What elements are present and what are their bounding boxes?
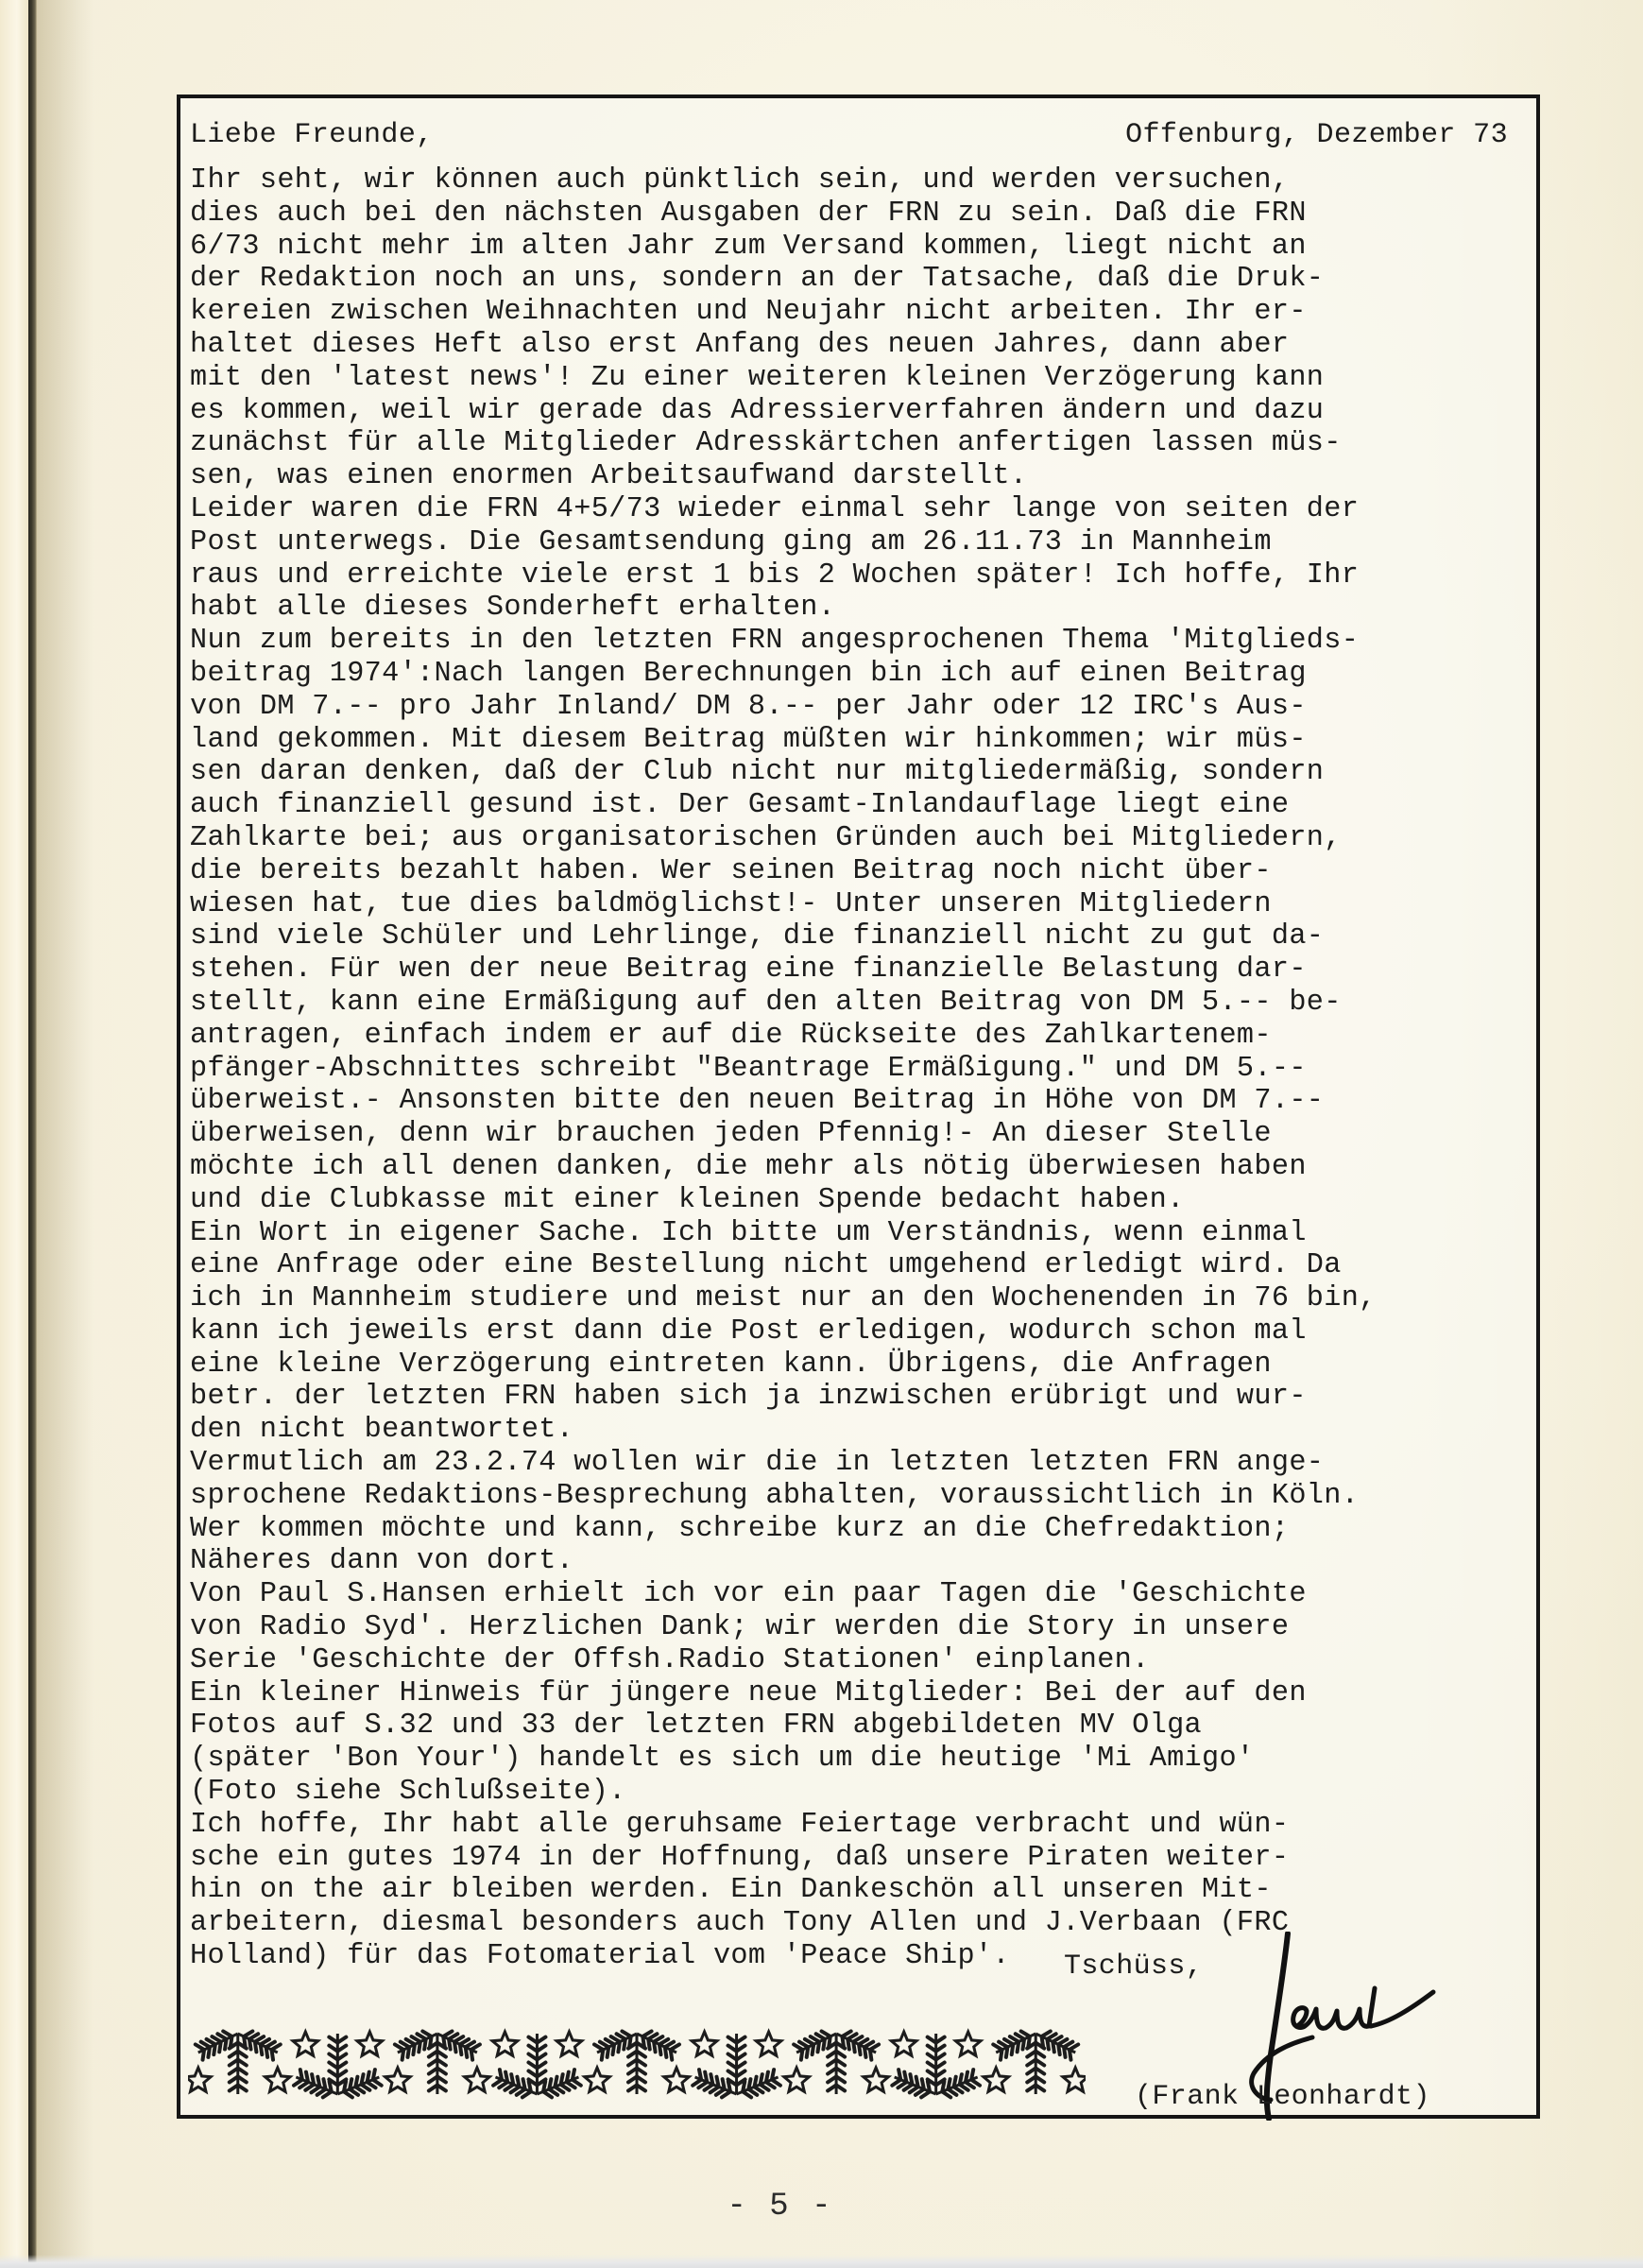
letter-line: Post unterwegs. Die Gesamtsendung ging a… — [190, 526, 1550, 559]
letter-line: antragen, einfach indem er auf die Rücks… — [190, 1020, 1550, 1053]
letter-line: dies auch bei den nächsten Ausgaben der … — [190, 198, 1550, 231]
letter-line: Ich hoffe, Ihr habt alle geruhsame Feier… — [190, 1809, 1550, 1842]
spine-shadow — [37, 0, 94, 2268]
letter-line: kereien zwischen Weihnachten und Neujahr… — [190, 296, 1550, 329]
binding-spine — [28, 0, 37, 2268]
letter-line: betr. der letzten FRN haben sich ja inzw… — [190, 1381, 1550, 1414]
letter-line: mit den 'latest news'! Zu einer weiteren… — [190, 362, 1550, 395]
letter-line: und die Clubkasse mit einer kleinen Spen… — [190, 1184, 1550, 1217]
letter-line: haltet dieses Heft also erst Anfang des … — [190, 329, 1550, 362]
letter-line: sprochene Redaktions-Besprechung abhalte… — [190, 1480, 1550, 1513]
letter-header: Liebe Freunde, Offenburg, Dezember 73 — [190, 119, 1508, 153]
letter-line: zunächst für alle Mitglieder Adresskärtc… — [190, 427, 1550, 460]
letter-line: überweist.- Ansonsten bitte den neuen Be… — [190, 1085, 1550, 1118]
letter-line: (Foto siehe Schlußseite). — [190, 1776, 1550, 1809]
letter-line: sche ein gutes 1974 in der Hoffnung, daß… — [190, 1842, 1550, 1875]
letter-line: Näheres dann von dort. — [190, 1545, 1550, 1578]
letter-line: Leider waren die FRN 4+5/73 wieder einma… — [190, 493, 1550, 526]
letter-line: Fotos auf S.32 und 33 der letzten FRN ab… — [190, 1710, 1550, 1743]
signer-name: (Frank Leonhardt) — [1135, 2081, 1430, 2113]
letter-line: pfänger-Abschnittes schreibt "Beantrage … — [190, 1053, 1550, 1086]
letter-line: Ein kleiner Hinweis für jüngere neue Mit… — [190, 1677, 1550, 1710]
letter-line: wiesen hat, tue dies baldmöglichst!- Unt… — [190, 888, 1550, 921]
closing-greeting: Tschüss, — [1064, 1950, 1203, 1983]
letter-line: land gekommen. Mit diesem Beitrag müßten… — [190, 724, 1550, 757]
place-and-date: Offenburg, Dezember 73 — [1125, 119, 1508, 151]
letter-line: von Radio Syd'. Herzlichen Dank; wir wer… — [190, 1611, 1550, 1644]
letter-line: Ihr seht, wir können auch pünktlich sein… — [190, 164, 1550, 198]
letter-line: den nicht beantwortet. — [190, 1414, 1550, 1447]
letter-line: überweisen, denn wir brauchen jeden Pfen… — [190, 1118, 1550, 1151]
letter-line: Zahlkarte bei; aus organisatorischen Grü… — [190, 822, 1550, 855]
letter-line: Serie 'Geschichte der Offsh.Radio Statio… — [190, 1644, 1550, 1677]
letter-line: raus und erreichte viele erst 1 bis 2 Wo… — [190, 559, 1550, 593]
letter-line: es kommen, weil wir gerade das Adressier… — [190, 395, 1550, 428]
letter-line: ich in Mannheim studiere und meist nur a… — [190, 1282, 1550, 1315]
letter-line: Ein Wort in eigener Sache. Ich bitte um … — [190, 1217, 1550, 1250]
letter-frame: Liebe Freunde, Offenburg, Dezember 73 Ih… — [177, 94, 1540, 2119]
letter-line: stehen. Für wen der neue Beitrag eine fi… — [190, 954, 1550, 987]
letter-line: sen, was einen enormen Arbeitsaufwand da… — [190, 460, 1550, 493]
salutation: Liebe Freunde, — [190, 119, 434, 151]
letter-line: möchte ich all denen danken, die mehr al… — [190, 1151, 1550, 1184]
letter-line: 6/73 nicht mehr im alten Jahr zum Versan… — [190, 231, 1550, 264]
letter-line: stellt, kann eine Ermäßigung auf den alt… — [190, 987, 1550, 1020]
letter-line: Nun zum bereits in den letzten FRN anges… — [190, 625, 1550, 658]
letter-line: auch finanziell gesund ist. Der Gesamt-I… — [190, 789, 1550, 822]
letter-body: Ihr seht, wir können auch pünktlich sein… — [190, 164, 1550, 1973]
page-number: - 5 - — [0, 2189, 1601, 2225]
letter-line: habt alle dieses Sonderheft erhalten. — [190, 592, 1550, 625]
letter-line: eine kleine Verzögerung eintreten kann. … — [190, 1349, 1550, 1382]
letter-line: hin on the air bleiben werden. Ein Danke… — [190, 1874, 1550, 1907]
letter-line: von DM 7.-- pro Jahr Inland/ DM 8.-- per… — [190, 691, 1550, 724]
pine-branch-and-star-border-icon — [188, 2026, 1086, 2102]
page-bottom-edge — [0, 2255, 1643, 2268]
letter-line: sen daran denken, daß der Club nicht nur… — [190, 756, 1550, 789]
letter-line: Vermutlich am 23.2.74 wollen wir die in … — [190, 1447, 1550, 1480]
letter-line: Von Paul S.Hansen erhielt ich vor ein pa… — [190, 1578, 1550, 1611]
letter-line: eine Anfrage oder eine Bestellung nicht … — [190, 1249, 1550, 1282]
letter-line: die bereits bezahlt haben. Wer seinen Be… — [190, 855, 1550, 888]
letter-line: Wer kommen möchte und kann, schreibe kur… — [190, 1513, 1550, 1546]
previous-page-edge — [0, 0, 28, 2268]
letter-line: (später 'Bon Your') handelt es sich um d… — [190, 1743, 1550, 1776]
letter-line: kann ich jeweils erst dann die Post erle… — [190, 1315, 1550, 1349]
letter-line: sind viele Schüler und Lehrlinge, die fi… — [190, 920, 1550, 954]
letter-line: beitrag 1974':Nach langen Berechnungen b… — [190, 658, 1550, 691]
letter-line: der Redaktion noch an uns, sondern an de… — [190, 263, 1550, 296]
